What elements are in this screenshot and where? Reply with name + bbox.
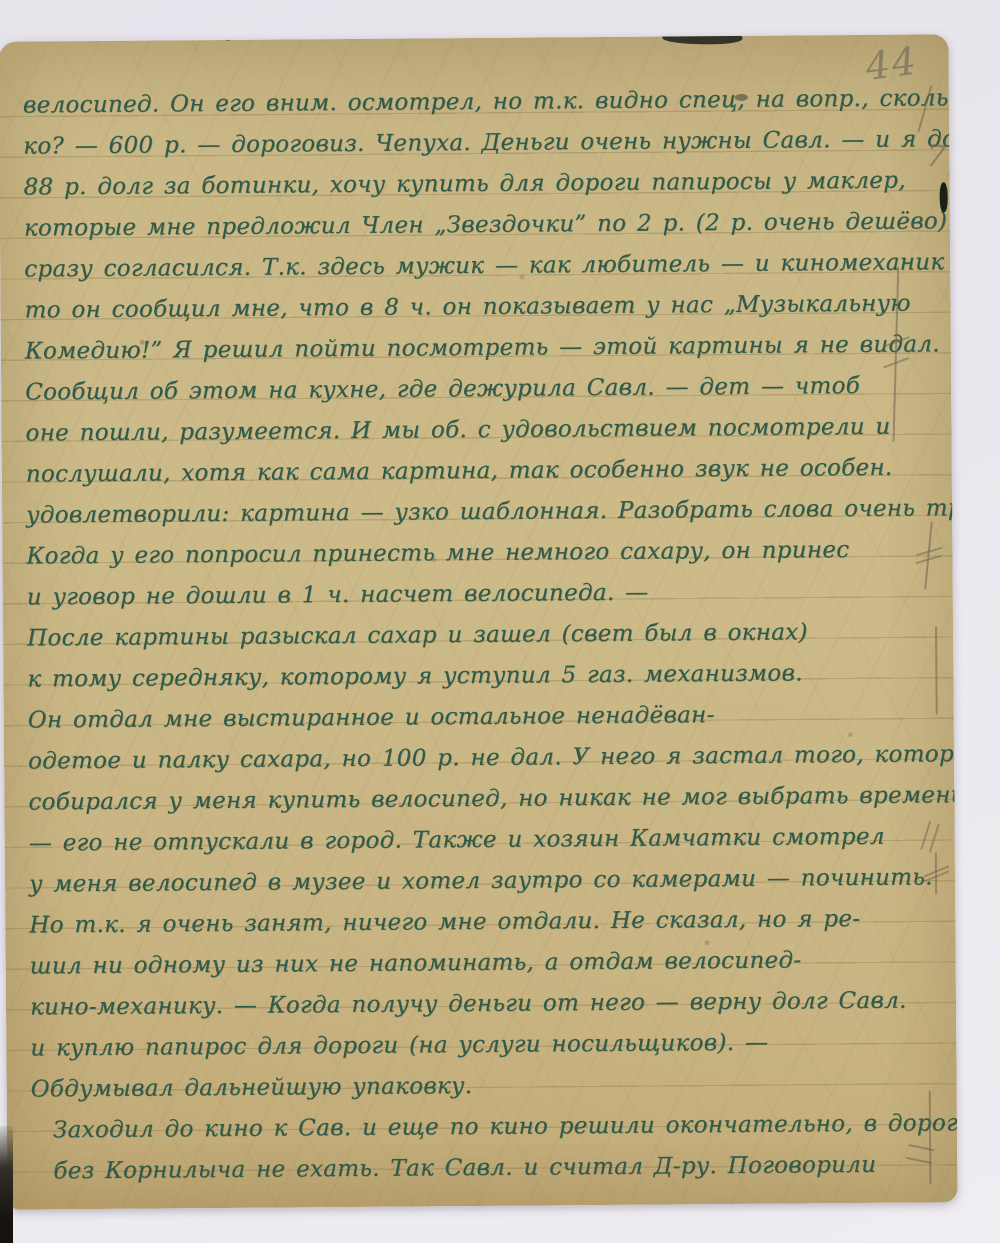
- manuscript-line: оне пошли, разумеется. И мы об. с удовол…: [25, 407, 899, 455]
- notebook-page: велосипед. Он его вним. осмотрел, но т.к…: [0, 34, 958, 1209]
- page-number-pencil: 44: [863, 41, 920, 85]
- manuscript-line: Обдумывал дальнейшую упаковку.: [31, 1063, 905, 1111]
- ink-smudge-right-edge: [940, 182, 948, 212]
- pencil-mark-line: [935, 626, 938, 714]
- manuscript-line: одетое и палку сахара, но 100 р. не дал.…: [28, 735, 902, 783]
- pencil-mark-line: [929, 1090, 932, 1184]
- manuscript-line: удовлетворили: картина — узко шаблонная.…: [26, 489, 900, 537]
- dark-edge-bottom-left: [0, 1126, 13, 1243]
- manuscript-line: Но т.к. я очень занят, ничего мне отдали…: [29, 899, 903, 947]
- manuscript-line: Комедию!” Я решил пойти посмотреть — это…: [25, 325, 899, 373]
- manuscript-line: велосипед. Он его вним. осмотрел, но т.к…: [23, 79, 897, 127]
- pencil-mark-double-slash: [920, 821, 931, 850]
- manuscript-line: 88 р. долг за ботинки, хочу купить для д…: [23, 161, 897, 209]
- manuscript-line: сразу согласился. Т.к. здесь мужик — как…: [24, 243, 898, 291]
- manuscript-line: собирался у меня купить велосипед, но ни…: [28, 776, 902, 824]
- manuscript-line: которые мне предложил Член „Звездочки” п…: [24, 202, 898, 250]
- manuscript-line: шил ни одному из них не напоминать, а от…: [30, 940, 904, 988]
- manuscript-line: Когда у его попросил принесть мне немног…: [26, 530, 900, 578]
- manuscript-line: без Корнилыча не ехать. Так Савл. и счит…: [31, 1145, 905, 1193]
- manuscript-line: послушали, хотя как сама картина, так ос…: [26, 448, 900, 496]
- ink-smudge-top-edge: [662, 34, 742, 45]
- manuscript-line: Он отдал мне выстиранное и остальное нен…: [28, 694, 902, 742]
- pencil-mark-seven-crossed: [924, 522, 933, 590]
- pencil-mark-line-crossed: [935, 852, 937, 894]
- manuscript-line: После картины разыскал сахар и зашел (св…: [27, 612, 901, 660]
- manuscript-line: Заходил до кино к Сав. и еще по кино реш…: [31, 1104, 905, 1152]
- manuscript-text-block: велосипед. Он его вним. осмотрел, но т.к…: [23, 79, 906, 1193]
- manuscript-line: ко? — 600 р. — дороговиз. Чепуха. Деньги…: [23, 120, 897, 168]
- manuscript-line: Сообщил об этом на кухне, где дежурила С…: [25, 366, 899, 414]
- manuscript-line: и уговор не дошли в 1 ч. насчет велосипе…: [27, 571, 901, 619]
- manuscript-line: у меня велосипед в музее и хотел заутро …: [29, 858, 903, 906]
- manuscript-line: — его не отпускали в город. Также и хозя…: [29, 817, 903, 865]
- manuscript-line: и куплю папирос для дороги (на услуги но…: [30, 1022, 904, 1070]
- ink-smudge-dot: [735, 94, 748, 101]
- pencil-mark-seven: 7: [925, 142, 947, 174]
- manuscript-line: к тому середняку, которому я уступил 5 г…: [27, 653, 901, 701]
- paper-foxing-specks: [0, 42, 1, 45]
- manuscript-line: кино-механику. — Когда получу деньги от …: [30, 981, 904, 1029]
- manuscript-line: то он сообщил мне, что в 8 ч. он показыв…: [24, 284, 898, 332]
